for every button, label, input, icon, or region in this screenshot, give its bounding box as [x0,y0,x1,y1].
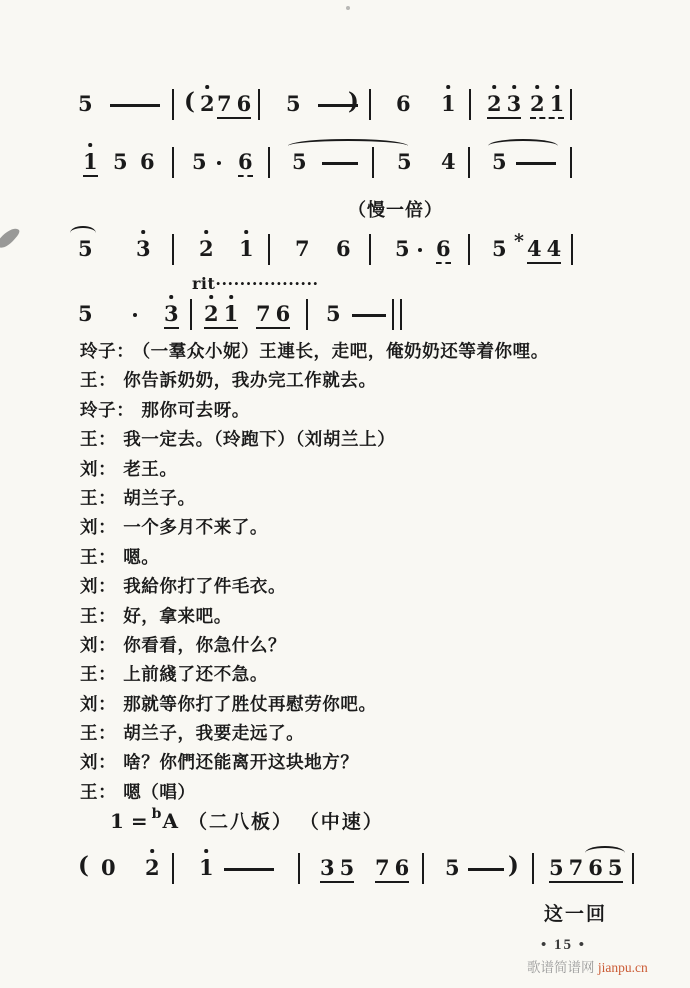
octave-dot [170,295,174,299]
speaker-label: 玲子： [80,400,134,420]
duration-dash [516,162,556,165]
dialogue-text: 胡兰子，我要走远了。 [123,723,304,743]
octave-dot [210,295,214,299]
note-group: 21 [530,92,564,119]
barline [468,234,470,265]
note: 7 [217,92,232,116]
octave-dot [206,85,210,89]
slur-arc [488,139,558,153]
note: 6 [336,237,351,261]
note: 1 [441,92,456,116]
paren: ) [508,854,519,878]
dialogue-text: 嗯。 [123,547,159,567]
note: 0 [101,856,116,880]
dialogue-line: 王：胡兰子，我要走远了。 [80,720,549,749]
dialogue-line: 刘：啥？你們还能离开这块地方？ [80,749,549,778]
duration-dash [352,314,386,317]
note-group: 23 [487,92,521,119]
note-group: 76 [375,856,409,883]
dialogue-text: 我一定去。（玲跑下）（刘胡兰上） [123,429,395,449]
octave-dot [493,85,497,89]
dialogue-text: 上前綫了还不急。 [123,664,268,684]
ornament-mark: * [514,229,524,253]
note: 1 [83,150,98,177]
octave-dot [229,295,233,299]
note: 3 [164,302,179,329]
note: 2 [145,856,160,880]
key-signature: 1 =bA（二八板） （中速） [110,807,384,834]
barline [306,299,308,330]
note: 5 [326,302,341,326]
flat-sign: b [152,806,162,822]
dialogue-text: 老王。 [123,459,177,479]
dialogue-line: 刘：你看看，你急什么？ [80,632,549,661]
note-group: 76 [217,92,251,119]
note: 5 [549,856,564,880]
speaker-label: 刘： [80,694,116,714]
paren: ( [78,854,89,878]
note: 5 [78,92,93,116]
note-group: 21 [204,302,238,329]
note: 2 [200,92,215,116]
barline [298,853,300,884]
note: 5 [445,856,460,880]
note: 6 [395,856,410,880]
octave-dot [555,85,559,89]
scanned-score-page: 5(2765)612321156565545532176565*44532176… [0,0,690,988]
note: 5 [492,150,507,174]
note: 7 [256,302,271,326]
note: 5 [397,150,412,174]
octave-dot [536,85,540,89]
dialogue-line: 王：我一定去。（玲跑下）（刘胡兰上） [80,426,549,455]
double-barline [392,299,402,330]
slur-arc [288,139,408,153]
music-line-2: 156565545 [0,150,690,184]
duration-dash [224,868,274,871]
note: 3 [507,92,522,116]
speaker-label: 刘： [80,752,116,772]
octave-dot [447,85,451,89]
note: 1 [239,237,254,261]
key-letter: A [162,809,178,833]
octave-dot [245,230,249,234]
note: 5 [292,150,307,174]
slur-arc [585,846,625,860]
note: 5 [192,150,207,174]
dialogue-line: 王：好，拿来吧。 [80,603,549,632]
speaker-label: 王： [80,547,116,567]
tempo-annotation: （慢一倍） [348,196,443,222]
note: 5 [113,150,128,174]
barline [532,853,534,884]
dialogue-text: 胡兰子。 [123,488,195,508]
barline [570,147,572,178]
watermark-site-name: 歌谱简谱网 [527,960,595,975]
note: 5 [340,856,355,880]
barline [369,234,371,265]
speaker-label: 刘： [80,576,116,596]
barline [268,147,270,178]
dialogue-text: 嗯（唱） [123,782,195,802]
note-group: 35 [320,856,354,883]
dialogue-line: 玲子：（一羣众小妮）王連长，走吧，俺奶奶还等着你哩。 [80,338,549,367]
page-number: • 15 • [541,937,586,954]
speaker-label: 王： [80,606,116,626]
octave-dot [151,849,155,853]
paren: ( [184,90,195,114]
speaker-label: 刘： [80,635,116,655]
note: 6 [276,302,291,326]
barline [469,89,471,120]
speaker-label: 玲子： [80,341,134,361]
note: 2 [530,92,545,116]
note: 4 [441,150,456,174]
barline [571,234,573,265]
note: 6 [436,237,451,264]
octave-dot [512,85,516,89]
dialogue-line: 王：嗯。 [80,544,549,573]
music-line-1: 5(2765)612321 [0,92,690,126]
dialogue-line: 刘：一个多月不来了。 [80,514,549,543]
note: 3 [320,856,335,880]
note: 7 [569,856,584,880]
dialogue-line: 王：你告訴奶奶，我办完工作就去。 [80,367,549,396]
note: 4 [547,237,562,261]
dialogue-text: 一个多月不来了。 [123,517,268,537]
dot-note [418,248,422,252]
note: 6 [396,92,411,116]
barline [172,853,174,884]
speaker-label: 王： [80,782,116,802]
speaker-label: 王： [80,723,116,743]
dialogue-text: 我給你打了件毛衣。 [123,576,286,596]
note-group: 44 [527,237,561,264]
barline [258,89,260,120]
note: 6 [237,92,252,116]
barline [190,299,192,330]
watermark-domain: jianpu.cn [598,960,648,975]
music-line-4: 5321765 [0,302,690,336]
barline [172,147,174,178]
dialogue-block: 玲子：（一羣众小妮）王連长，走吧，俺奶奶还等着你哩。王：你告訴奶奶，我办完工作就… [80,338,549,808]
speaker-label: 王： [80,429,116,449]
duration-dash [468,868,504,871]
note: 7 [295,237,310,261]
music-line-3: 532176565*44 [0,237,690,271]
scan-speck [346,6,350,10]
barline [570,89,572,120]
key-base: 1 = [110,809,148,833]
note: 6 [238,150,253,177]
note: 5 [78,237,93,261]
note: 3 [136,237,151,261]
note: 4 [527,237,542,261]
dialogue-line: 王：嗯（唱） [80,779,549,808]
barline [172,234,174,265]
note: 7 [375,856,390,880]
dialogue-text: 啥？你們还能离开这块地方？ [123,752,358,772]
music-line-5: (02135765)5765 [0,856,690,890]
note: 1 [550,92,565,116]
note: 6 [140,150,155,174]
dialogue-text: 好，拿来吧。 [123,606,232,626]
speaker-label: 王： [80,664,116,684]
speaker-label: 刘： [80,459,116,479]
key-meta: （二八板） （中速） [188,812,384,833]
dialogue-line: 刘：老王。 [80,456,549,485]
dialogue-text: （一羣众小妮）王連长，走吧，俺奶奶还等着你哩。 [141,341,549,361]
note: 5 [78,302,93,326]
octave-dot [205,230,209,234]
note-group: 76 [256,302,290,329]
barline [468,147,470,178]
note: 1 [224,302,239,326]
dialogue-line: 王：胡兰子。 [80,485,549,514]
note: 2 [204,302,219,326]
watermark: 歌谱简谱网 jianpu.cn [527,956,648,976]
note: 1 [199,856,214,880]
slur-arc [70,226,96,240]
dot-note [133,313,137,317]
barline [172,89,174,120]
dialogue-line: 玲子：那你可去呀。 [80,397,549,426]
note: 5 [286,92,301,116]
octave-dot [142,230,146,234]
dialogue-line: 刘：我給你打了件毛衣。 [80,573,549,602]
speaker-label: 王： [80,370,116,390]
lyric-text: 这一回 [544,899,607,926]
dialogue-text: 那就等你打了胜仗再慰劳你吧。 [123,694,376,714]
duration-dash [322,162,358,165]
dialogue-text: 你告訴奶奶，我办完工作就去。 [123,370,376,390]
note-group: 5765 [549,856,623,883]
barline [632,853,634,884]
octave-dot [205,849,209,853]
note: 2 [199,237,214,261]
note: 5 [492,237,507,261]
barline [268,234,270,265]
barline [369,89,371,120]
note: 5 [395,237,410,261]
paren: ) [348,90,359,114]
dot-note [217,161,221,165]
dialogue-text: 那你可去呀。 [141,400,250,420]
barline [422,853,424,884]
dialogue-line: 王：上前綫了还不急。 [80,661,549,690]
dialogue-text: 你看看，你急什么？ [123,635,286,655]
dialogue-line: 刘：那就等你打了胜仗再慰劳你吧。 [80,691,549,720]
tempo-annotation: rit················· [192,274,319,293]
speaker-label: 刘： [80,517,116,537]
note: 2 [487,92,502,116]
speaker-label: 王： [80,488,116,508]
octave-dot [89,143,93,147]
duration-dash [110,104,160,107]
